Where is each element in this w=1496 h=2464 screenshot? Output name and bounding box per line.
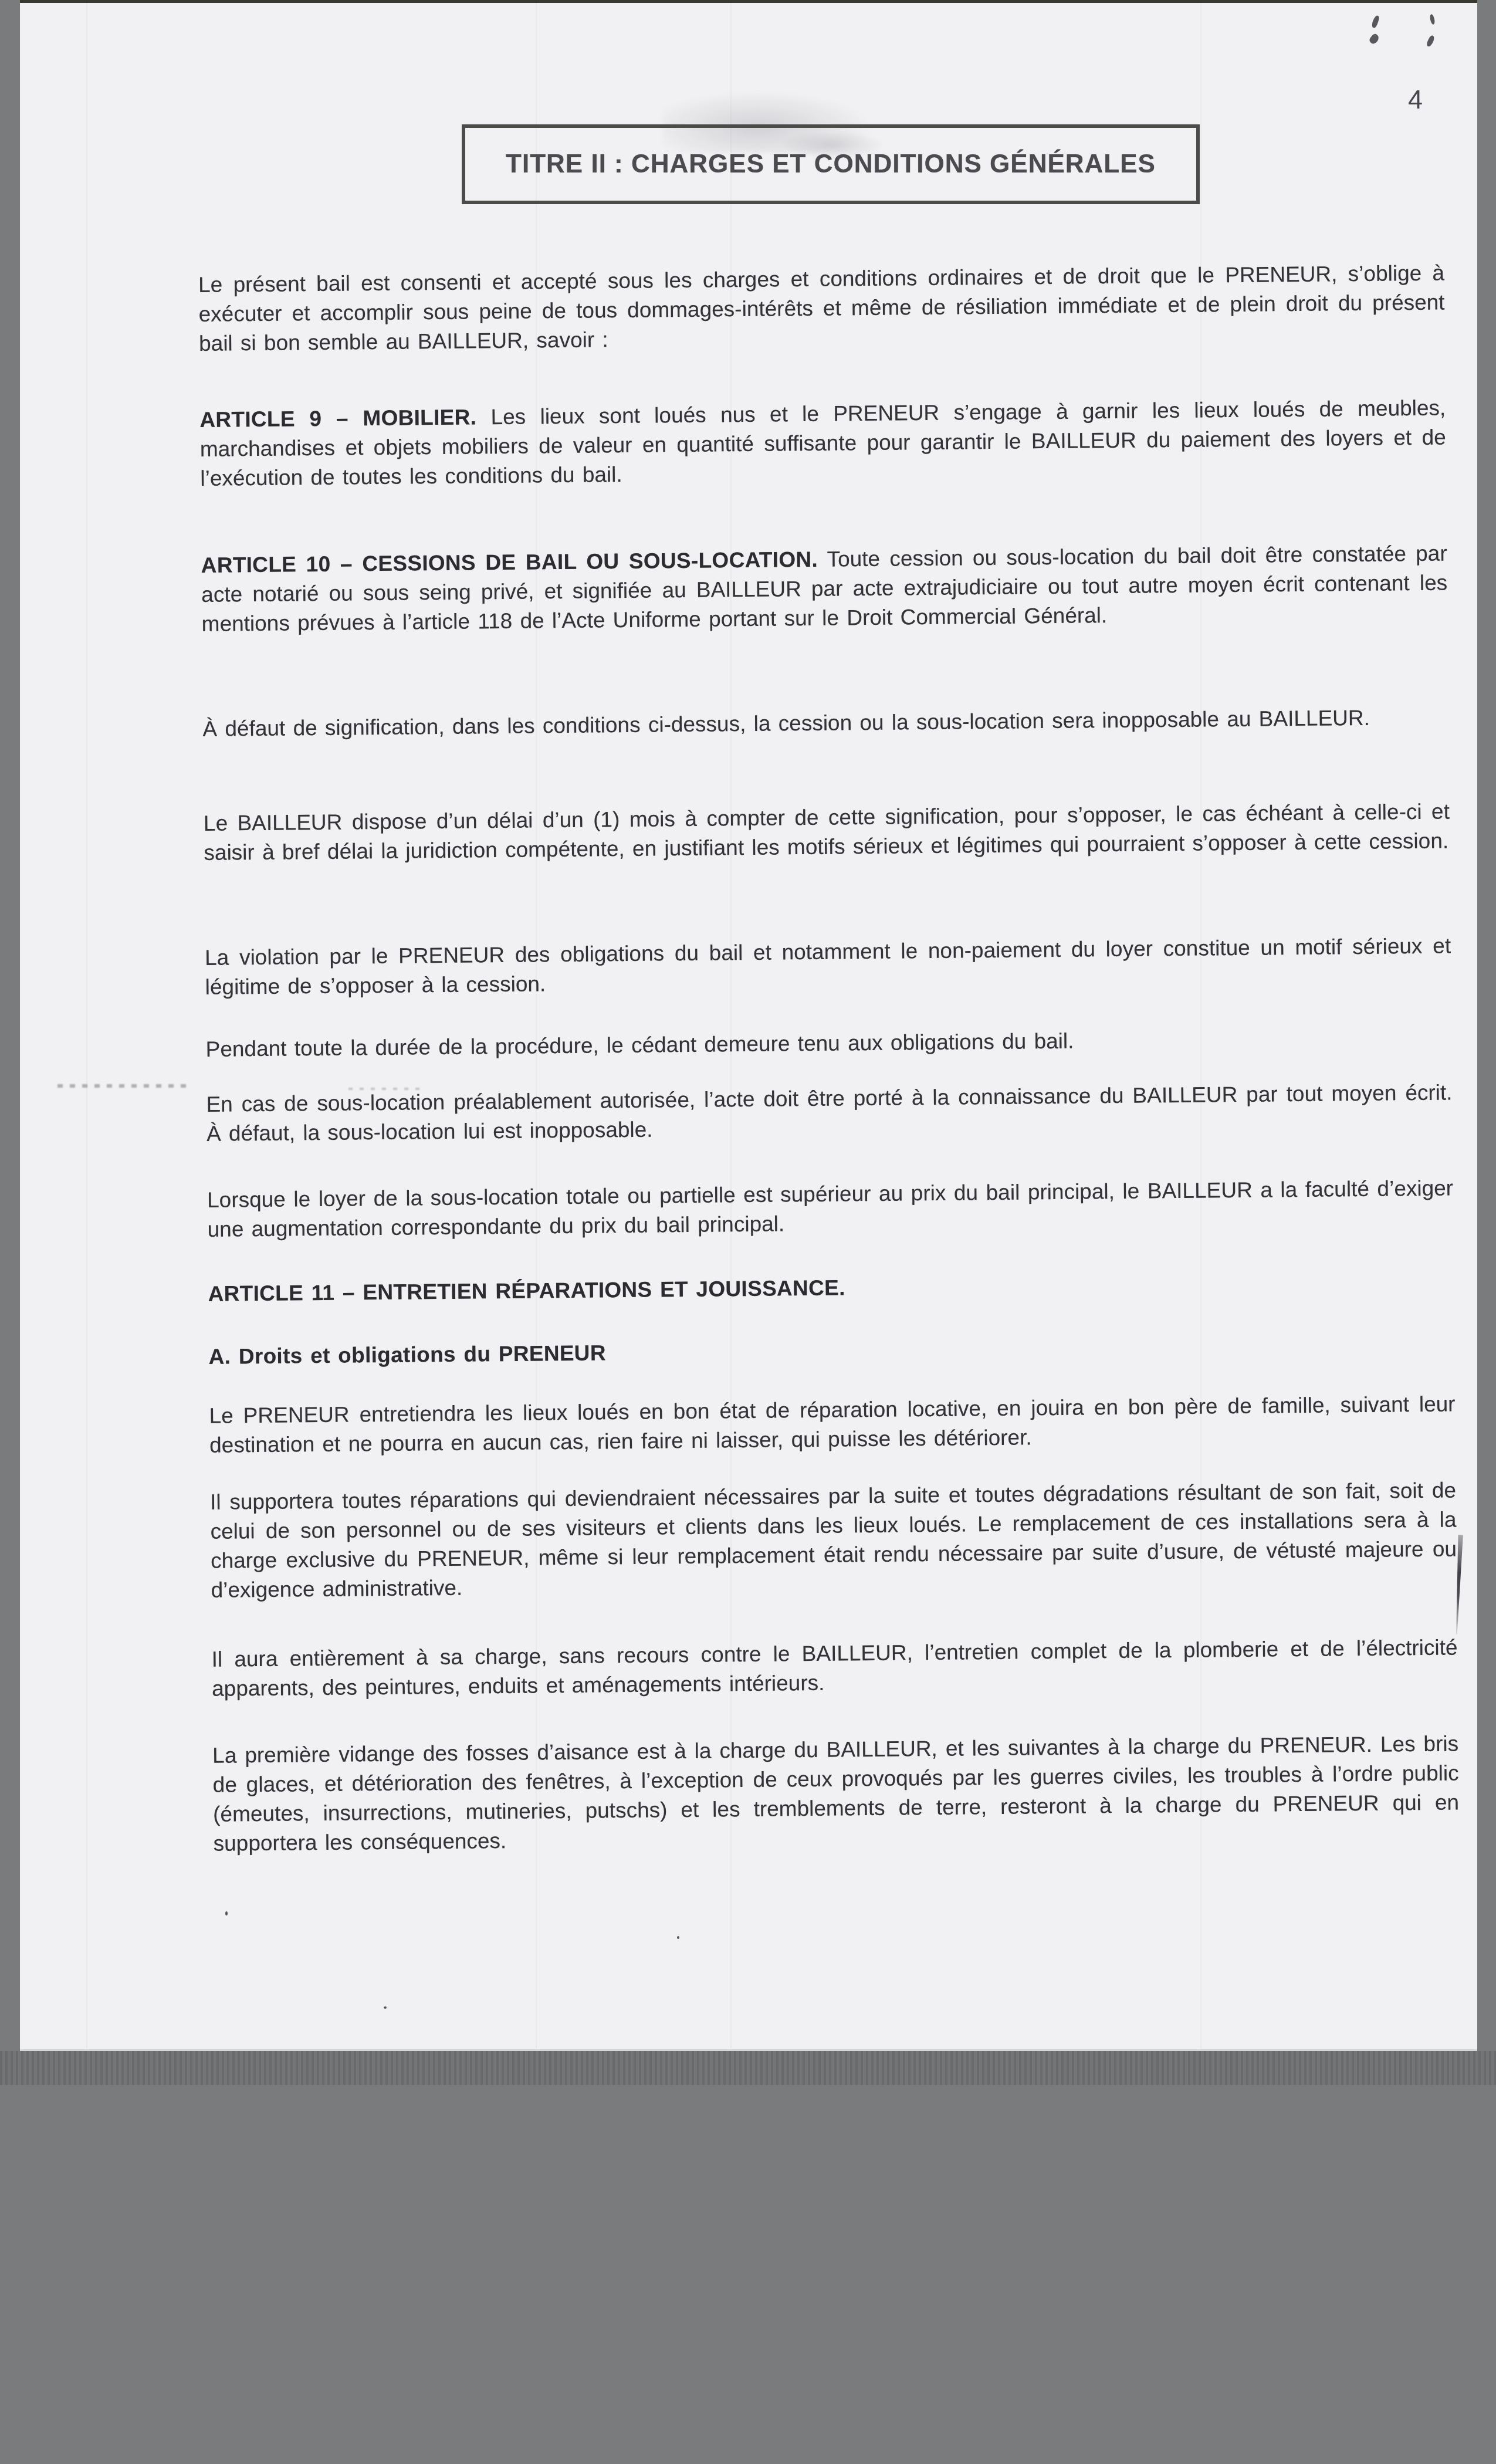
scan-speck [677, 1936, 679, 1939]
paragraph: ARTICLE 10 – CESSIONS DE BAIL OU SOUS-LO… [201, 539, 1448, 639]
paragraph: Le présent bail est consenti et accepté … [198, 259, 1445, 358]
article-label: ARTICLE 11 – ENTRETIEN RÉPARATIONS ET JO… [208, 1275, 845, 1305]
paragraph-text: À défaut de signification, dans les cond… [202, 706, 1370, 741]
paragraph-text: Lorsque le loyer de la sous-location tot… [207, 1176, 1453, 1241]
paragraph-text: Il supportera toutes réparations qui dev… [210, 1478, 1457, 1602]
paragraph: Il supportera toutes réparations qui dev… [210, 1475, 1457, 1605]
pencil-mark [57, 1084, 192, 1088]
paragraph-text: Il aura entièrement à sa charge, sans re… [211, 1635, 1457, 1700]
paragraph: Pendant toute la durée de la procédure, … [205, 1023, 1451, 1064]
paragraph-text: En cas de sous-location préalablement au… [206, 1081, 1452, 1146]
document-body: Le présent bail est consenti et accepté … [18, 0, 1494, 2053]
scan-speck [225, 1911, 228, 1915]
article-label: A. Droits et obligations du PRENEUR [208, 1341, 606, 1368]
paragraph-text: Le BAILLEUR dispose d’un délai d’un (1) … [204, 800, 1450, 865]
paragraph: Lorsque le loyer de la sous-location tot… [207, 1174, 1454, 1244]
section-heading: A. Droits et obligations du PRENEUR [208, 1330, 1454, 1371]
scanner-streak-band [0, 2051, 1496, 2085]
paragraph: La première vidange des fosses d’aisance… [212, 1729, 1460, 1858]
paragraph: À défaut de signification, dans les cond… [202, 703, 1448, 744]
paragraph: ARTICLE 9 – MOBILIER. Les lieux sont lou… [199, 394, 1446, 493]
paragraph-text: La première vidange des fosses d’aisance… [212, 1731, 1459, 1855]
article-label: ARTICLE 10 – CESSIONS DE BAIL OU SOUS-LO… [201, 547, 818, 577]
paragraph: Le BAILLEUR dispose d’un délai d’un (1) … [204, 797, 1450, 868]
article-label: ARTICLE 9 – MOBILIER. [199, 405, 476, 432]
paragraph-text: Le PRENEUR entretiendra les lieux loués … [209, 1392, 1455, 1457]
paragraph: La violation par le PRENEUR des obligati… [205, 932, 1451, 1002]
pencil-mark [348, 1088, 425, 1090]
paragraph-text: Pendant toute la durée de la procédure, … [205, 1029, 1074, 1061]
paragraph: Il aura entièrement à sa charge, sans re… [211, 1633, 1458, 1703]
scan-speck [384, 2006, 387, 2009]
paragraph-text: Le présent bail est consenti et accepté … [198, 261, 1445, 356]
scanned-document-scene: 4 TITRE II : CHARGES ET CONDITIONS GÉNÉR… [0, 0, 1496, 2464]
paragraph-text: La violation par le PRENEUR des obligati… [205, 934, 1451, 999]
document-page: 4 TITRE II : CHARGES ET CONDITIONS GÉNÉR… [20, 0, 1477, 2051]
paragraph: Le PRENEUR entretiendra les lieux loués … [209, 1389, 1456, 1460]
section-heading: ARTICLE 11 – ENTRETIEN RÉPARATIONS ET JO… [208, 1267, 1454, 1308]
